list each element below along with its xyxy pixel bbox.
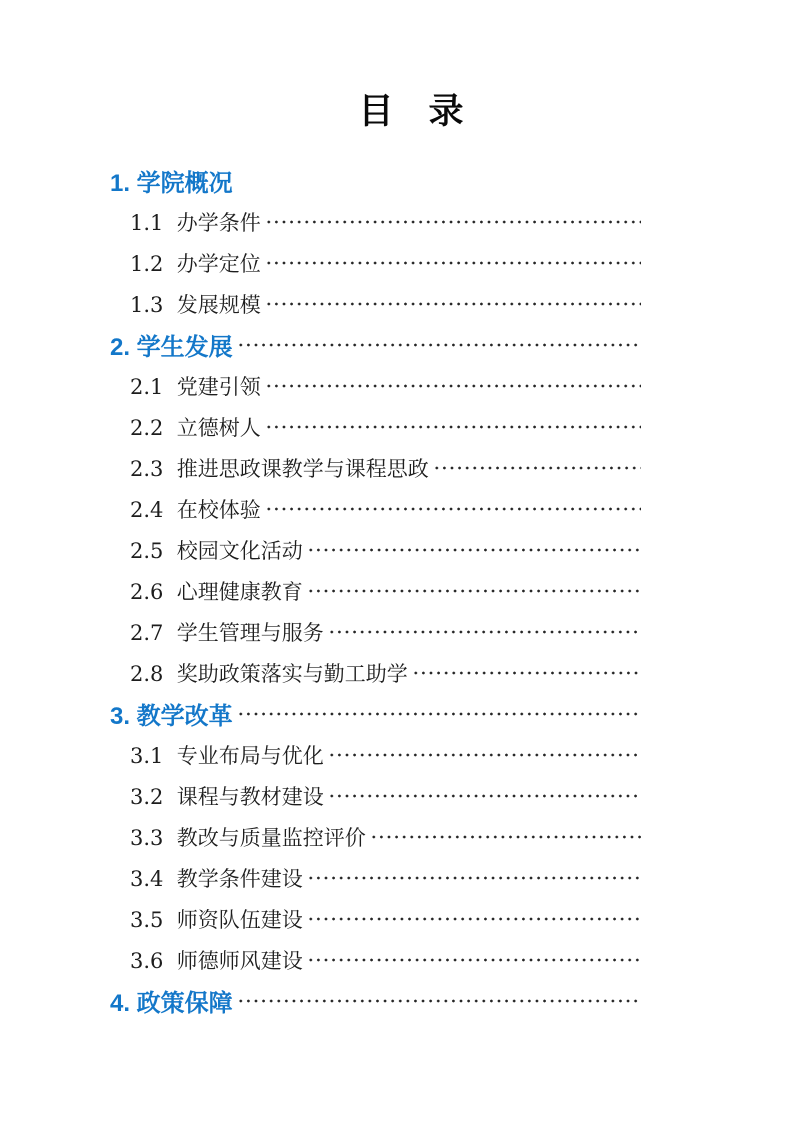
- toc-entry-2-5[interactable]: 2.5 校园文化活动: [110, 529, 641, 570]
- toc-entry-3-5[interactable]: 3.5 师资队伍建设: [110, 898, 641, 939]
- dot-leader: [328, 628, 641, 636]
- toc-entry-2-6[interactable]: 2.6 心理健康教育: [110, 570, 641, 611]
- page-title: 目 录: [11, 92, 800, 132]
- dot-leader: [412, 669, 641, 677]
- dot-leader: [265, 423, 641, 431]
- toc-entry-label: 2.3 推进思政课教学与课程思政: [130, 453, 429, 483]
- toc-section-label: 1. 学院概况: [110, 163, 233, 198]
- table-of-contents: 1. 学院概况 1.1 办学条件 1.2 办学定位 1.3 发展规模 2. 学生…: [110, 160, 641, 1021]
- toc-section-4[interactable]: 4. 政策保障: [110, 980, 641, 1021]
- toc-entry-1-3[interactable]: 1.3 发展规模: [110, 283, 641, 324]
- toc-entry-label: 1.2 办学定位: [130, 248, 261, 278]
- toc-entry-label: 2.6 心理健康教育: [130, 576, 303, 606]
- toc-section-label: 3. 教学改革: [110, 696, 233, 731]
- toc-entry-3-3[interactable]: 3.3 教改与质量监控评价: [110, 816, 641, 857]
- dot-leader: [265, 259, 641, 267]
- toc-entry-label: 3.5 师资队伍建设: [130, 904, 303, 934]
- toc-entry-3-2[interactable]: 3.2 课程与教材建设: [110, 775, 641, 816]
- dot-leader: [328, 751, 641, 759]
- dot-leader: [237, 710, 641, 718]
- toc-entry-2-3[interactable]: 2.3 推进思政课教学与课程思政: [110, 447, 641, 488]
- toc-entry-label: 2.8 奖助政策落实与勤工助学: [130, 658, 408, 688]
- dot-leader: [265, 382, 641, 390]
- toc-entry-1-2[interactable]: 1.2 办学定位: [110, 242, 641, 283]
- toc-entry-3-1[interactable]: 3.1 专业布局与优化: [110, 734, 641, 775]
- toc-entry-label: 2.7 学生管理与服务: [130, 617, 324, 647]
- dot-leader: [307, 956, 641, 964]
- toc-entry-3-6[interactable]: 3.6 师德师风建设: [110, 939, 641, 980]
- dot-leader: [237, 997, 641, 1005]
- dot-leader: [307, 915, 641, 923]
- toc-entry-1-1[interactable]: 1.1 办学条件: [110, 201, 641, 242]
- dot-leader: [307, 874, 641, 882]
- toc-entry-2-2[interactable]: 2.2 立德树人: [110, 406, 641, 447]
- toc-entry-label: 2.4 在校体验: [130, 494, 261, 524]
- toc-section-1[interactable]: 1. 学院概况: [110, 160, 641, 201]
- toc-entry-2-1[interactable]: 2.1 党建引领: [110, 365, 641, 406]
- toc-entry-3-4[interactable]: 3.4 教学条件建设: [110, 857, 641, 898]
- dot-leader: [307, 546, 641, 554]
- toc-section-label: 4. 政策保障: [110, 983, 233, 1018]
- dot-leader: [328, 792, 641, 800]
- dot-leader: [433, 464, 641, 472]
- toc-entry-label: 3.1 专业布局与优化: [130, 740, 324, 770]
- dot-leader: [265, 218, 641, 226]
- toc-entry-label: 1.1 办学条件: [130, 207, 261, 237]
- toc-entry-label: 2.2 立德树人: [130, 412, 261, 442]
- toc-entry-label: 3.6 师德师风建设: [130, 945, 303, 975]
- toc-entry-2-7[interactable]: 2.7 学生管理与服务: [110, 611, 641, 652]
- toc-entry-label: 1.3 发展规模: [130, 289, 261, 319]
- dot-leader: [237, 341, 641, 349]
- dot-leader: [307, 587, 641, 595]
- toc-entry-label: 3.3 教改与质量监控评价: [130, 822, 366, 852]
- dot-leader: [265, 505, 641, 513]
- toc-section-2[interactable]: 2. 学生发展: [110, 324, 641, 365]
- toc-entry-2-4[interactable]: 2.4 在校体验: [110, 488, 641, 529]
- toc-entry-label: 3.2 课程与教材建设: [130, 781, 324, 811]
- toc-entry-label: 2.1 党建引领: [130, 371, 261, 401]
- toc-entry-label: 3.4 教学条件建设: [130, 863, 303, 893]
- toc-entry-2-8[interactable]: 2.8 奖助政策落实与勤工助学: [110, 652, 641, 693]
- toc-section-label: 2. 学生发展: [110, 327, 233, 362]
- toc-entry-label: 2.5 校园文化活动: [130, 535, 303, 565]
- dot-leader: [265, 300, 641, 308]
- toc-section-3[interactable]: 3. 教学改革: [110, 693, 641, 734]
- dot-leader: [370, 833, 641, 841]
